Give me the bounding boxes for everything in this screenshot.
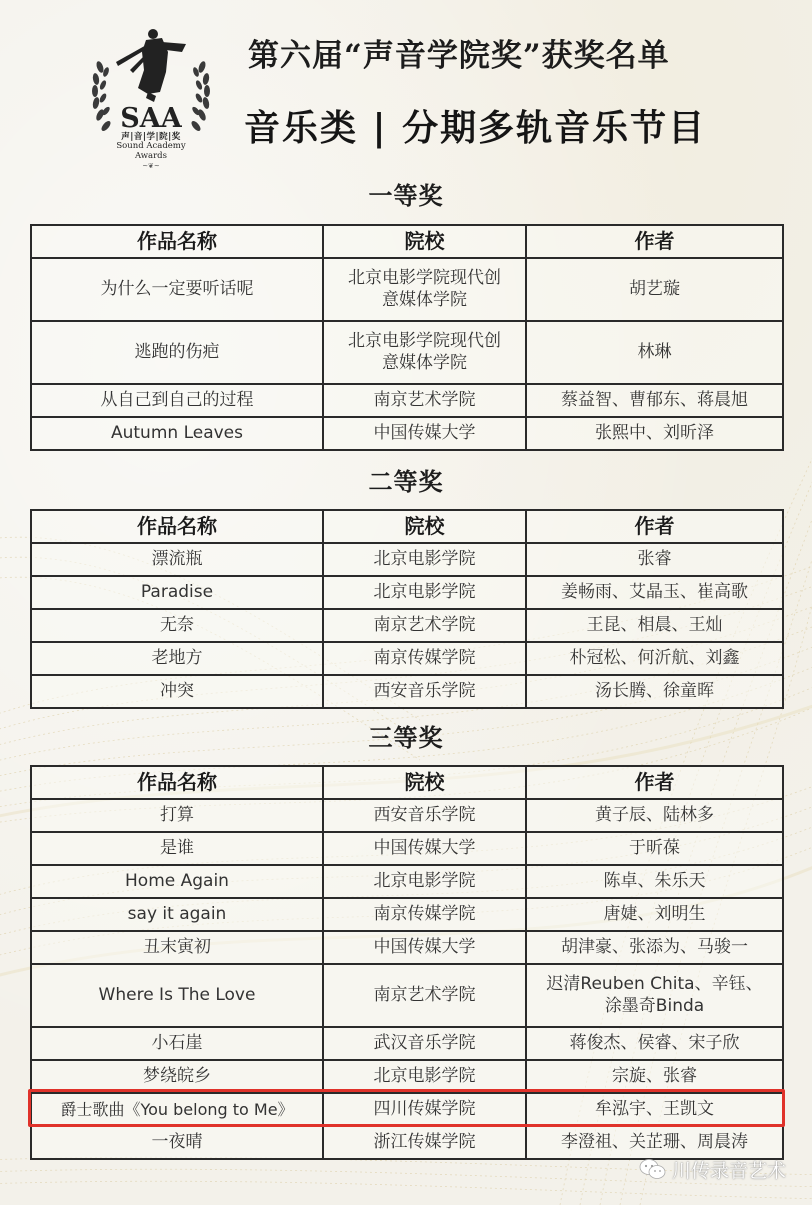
cell-school: 南京传媒学院 <box>323 642 526 675</box>
cell-work: 无奈 <box>31 609 323 642</box>
cell-work: 逃跑的伤疤 <box>31 321 323 384</box>
section-title-first-prize: 一等奖 <box>0 176 812 211</box>
cell-school: 浙江传媒学院 <box>323 1126 526 1159</box>
table-row: 无奈 南京艺术学院 王昆、相晨、王灿 <box>31 609 783 642</box>
table-row: 小石崖 武汉音乐学院 蒋俊杰、侯睿、宋子欣 <box>31 1027 783 1060</box>
cell-authors: 宗旋、张睿 <box>526 1060 783 1093</box>
school-line-1: 北京电影学院现代创 <box>348 331 501 351</box>
cell-authors: 张熙中、刘昕泽 <box>526 417 783 450</box>
cell-school: 北京电影学院现代创意媒体学院 <box>323 321 526 384</box>
column-header-work: 作品名称 <box>31 766 323 799</box>
cell-school: 南京艺术学院 <box>323 609 526 642</box>
cell-authors: 陈卓、朱乐天 <box>526 865 783 898</box>
column-header-school: 院校 <box>323 225 526 258</box>
cell-authors: 牟泓宇、王凯文 <box>526 1093 783 1126</box>
cell-authors: 胡艺璇 <box>526 258 783 321</box>
cell-work: 为什么一定要听话呢 <box>31 258 323 321</box>
cell-authors: 张睿 <box>526 543 783 576</box>
table-row: 丑末寅初 中国传媒大学 胡津豪、张添为、马骏一 <box>31 931 783 964</box>
cell-work: 冲突 <box>31 675 323 708</box>
cell-work: 小石崖 <box>31 1027 323 1060</box>
cell-authors: 蒋俊杰、侯睿、宋子欣 <box>526 1027 783 1060</box>
cell-work: 从自己到自己的过程 <box>31 384 323 417</box>
second-prize-table: 作品名称 院校 作者 漂流瓶 北京电影学院 张睿 Paradise 北京电影学院… <box>30 509 784 709</box>
cell-work: Where Is The Love <box>31 964 323 1027</box>
cell-authors: 唐婕、刘明生 <box>526 898 783 931</box>
cell-school: 中国传媒大学 <box>323 832 526 865</box>
table-row: 梦绕皖乡 北京电影学院 宗旋、张睿 <box>31 1060 783 1093</box>
award-list-page: SAA 声|音|学|院|奖 Sound Academy Awards ~❦~ 第… <box>0 0 812 1205</box>
table-row-highlighted: 爵士歌曲《You belong to Me》 四川传媒学院 牟泓宇、王凯文 <box>31 1093 783 1126</box>
third-prize-table: 作品名称 院校 作者 打算 西安音乐学院 黄子辰、陆林多 是谁 中国传媒大学 于… <box>30 765 784 1160</box>
table-header-row: 作品名称 院校 作者 <box>31 510 783 543</box>
table-row: Paradise 北京电影学院 姜畅雨、艾晶玉、崔高歌 <box>31 576 783 609</box>
authors-line-2: 涂墨奇Binda <box>605 996 704 1016</box>
table-row: 从自己到自己的过程 南京艺术学院 蔡益智、曹郁东、蒋晨旭 <box>31 384 783 417</box>
cell-school: 北京电影学院 <box>323 1060 526 1093</box>
first-prize-table: 作品名称 院校 作者 为什么一定要听话呢 北京电影学院现代创意媒体学院 胡艺璇 … <box>30 224 784 451</box>
cell-authors: 姜畅雨、艾晶玉、崔高歌 <box>526 576 783 609</box>
table-row: Home Again 北京电影学院 陈卓、朱乐天 <box>31 865 783 898</box>
cell-school: 北京电影学院 <box>323 576 526 609</box>
table-header-row: 作品名称 院校 作者 <box>31 766 783 799</box>
watermark: 川传录音艺术 <box>638 1156 786 1182</box>
authors-line-1: 迟清Reuben Chita、辛钰、 <box>546 974 762 994</box>
cell-school: 西安音乐学院 <box>323 799 526 832</box>
cell-school: 武汉音乐学院 <box>323 1027 526 1060</box>
watermark-text: 川传录音艺术 <box>672 1156 786 1183</box>
cell-school: 北京电影学院 <box>323 865 526 898</box>
cell-school: 西安音乐学院 <box>323 675 526 708</box>
cell-work: 打算 <box>31 799 323 832</box>
cell-authors: 林琳 <box>526 321 783 384</box>
wechat-icon <box>638 1157 668 1181</box>
cell-authors: 迟清Reuben Chita、辛钰、涂墨奇Binda <box>526 964 783 1027</box>
cell-work: 一夜晴 <box>31 1126 323 1159</box>
table-row: 是谁 中国传媒大学 于昕葆 <box>31 832 783 865</box>
logo-ornament-icon: ~❦~ <box>86 161 216 171</box>
saa-logo: SAA 声|音|学|院|奖 Sound Academy Awards ~❦~ <box>86 22 216 172</box>
cell-work: 梦绕皖乡 <box>31 1060 323 1093</box>
cell-school: 中国传媒大学 <box>323 931 526 964</box>
school-line-2: 意媒体学院 <box>382 353 467 373</box>
table-row: say it again 南京传媒学院 唐婕、刘明生 <box>31 898 783 931</box>
column-header-school: 院校 <box>323 510 526 543</box>
cell-authors: 于昕葆 <box>526 832 783 865</box>
cell-school: 南京传媒学院 <box>323 898 526 931</box>
cell-work: 老地方 <box>31 642 323 675</box>
cell-authors: 朴冠松、何沂航、刘鑫 <box>526 642 783 675</box>
column-header-work: 作品名称 <box>31 510 323 543</box>
cell-authors: 王昆、相晨、王灿 <box>526 609 783 642</box>
table-row: Where Is The Love 南京艺术学院 迟清Reuben Chita、… <box>31 964 783 1027</box>
cell-school: 中国传媒大学 <box>323 417 526 450</box>
cell-work: 是谁 <box>31 832 323 865</box>
cell-authors: 汤长腾、徐童晖 <box>526 675 783 708</box>
table-row: 冲突 西安音乐学院 汤长腾、徐童晖 <box>31 675 783 708</box>
column-header-authors: 作者 <box>526 225 783 258</box>
table-row: Autumn Leaves 中国传媒大学 张熙中、刘昕泽 <box>31 417 783 450</box>
column-header-school: 院校 <box>323 766 526 799</box>
cell-work: say it again <box>31 898 323 931</box>
column-header-authors: 作者 <box>526 766 783 799</box>
cell-work: 漂流瓶 <box>31 543 323 576</box>
column-header-work: 作品名称 <box>31 225 323 258</box>
cell-school: 北京电影学院现代创意媒体学院 <box>323 258 526 321</box>
cell-work: Autumn Leaves <box>31 417 323 450</box>
page-subtitle: 音乐类 | 分期多轨音乐节目 <box>244 100 764 151</box>
cell-authors: 蔡益智、曹郁东、蒋晨旭 <box>526 384 783 417</box>
cell-school: 四川传媒学院 <box>323 1093 526 1126</box>
school-line-2: 意媒体学院 <box>382 290 467 310</box>
logo-english-line1: Sound Academy <box>86 141 216 151</box>
cell-work: Paradise <box>31 576 323 609</box>
cell-work: 爵士歌曲《You belong to Me》 <box>31 1093 323 1126</box>
page-title: 第六届“声音学院奖”获奖名单 <box>248 30 748 75</box>
column-header-authors: 作者 <box>526 510 783 543</box>
cell-school: 南京艺术学院 <box>323 964 526 1027</box>
table-row: 漂流瓶 北京电影学院 张睿 <box>31 543 783 576</box>
school-line-1: 北京电影学院现代创 <box>348 268 501 288</box>
section-title-second-prize: 二等奖 <box>0 462 812 497</box>
table-header-row: 作品名称 院校 作者 <box>31 225 783 258</box>
cell-authors: 黄子辰、陆林多 <box>526 799 783 832</box>
cell-work: 丑末寅初 <box>31 931 323 964</box>
cell-work: Home Again <box>31 865 323 898</box>
table-row: 老地方 南京传媒学院 朴冠松、何沂航、刘鑫 <box>31 642 783 675</box>
logo-english-line2: Awards <box>86 151 216 161</box>
table-row: 打算 西安音乐学院 黄子辰、陆林多 <box>31 799 783 832</box>
cell-school: 南京艺术学院 <box>323 384 526 417</box>
cell-authors: 李澄祖、关芷珊、周晨涛 <box>526 1126 783 1159</box>
table-row: 为什么一定要听话呢 北京电影学院现代创意媒体学院 胡艺璇 <box>31 258 783 321</box>
table-row: 一夜晴 浙江传媒学院 李澄祖、关芷珊、周晨涛 <box>31 1126 783 1159</box>
table-row: 逃跑的伤疤 北京电影学院现代创意媒体学院 林琳 <box>31 321 783 384</box>
cell-authors: 胡津豪、张添为、马骏一 <box>526 931 783 964</box>
section-title-third-prize: 三等奖 <box>0 718 812 753</box>
cell-school: 北京电影学院 <box>323 543 526 576</box>
logo-english-name: Sound Academy Awards ~❦~ <box>86 141 216 171</box>
